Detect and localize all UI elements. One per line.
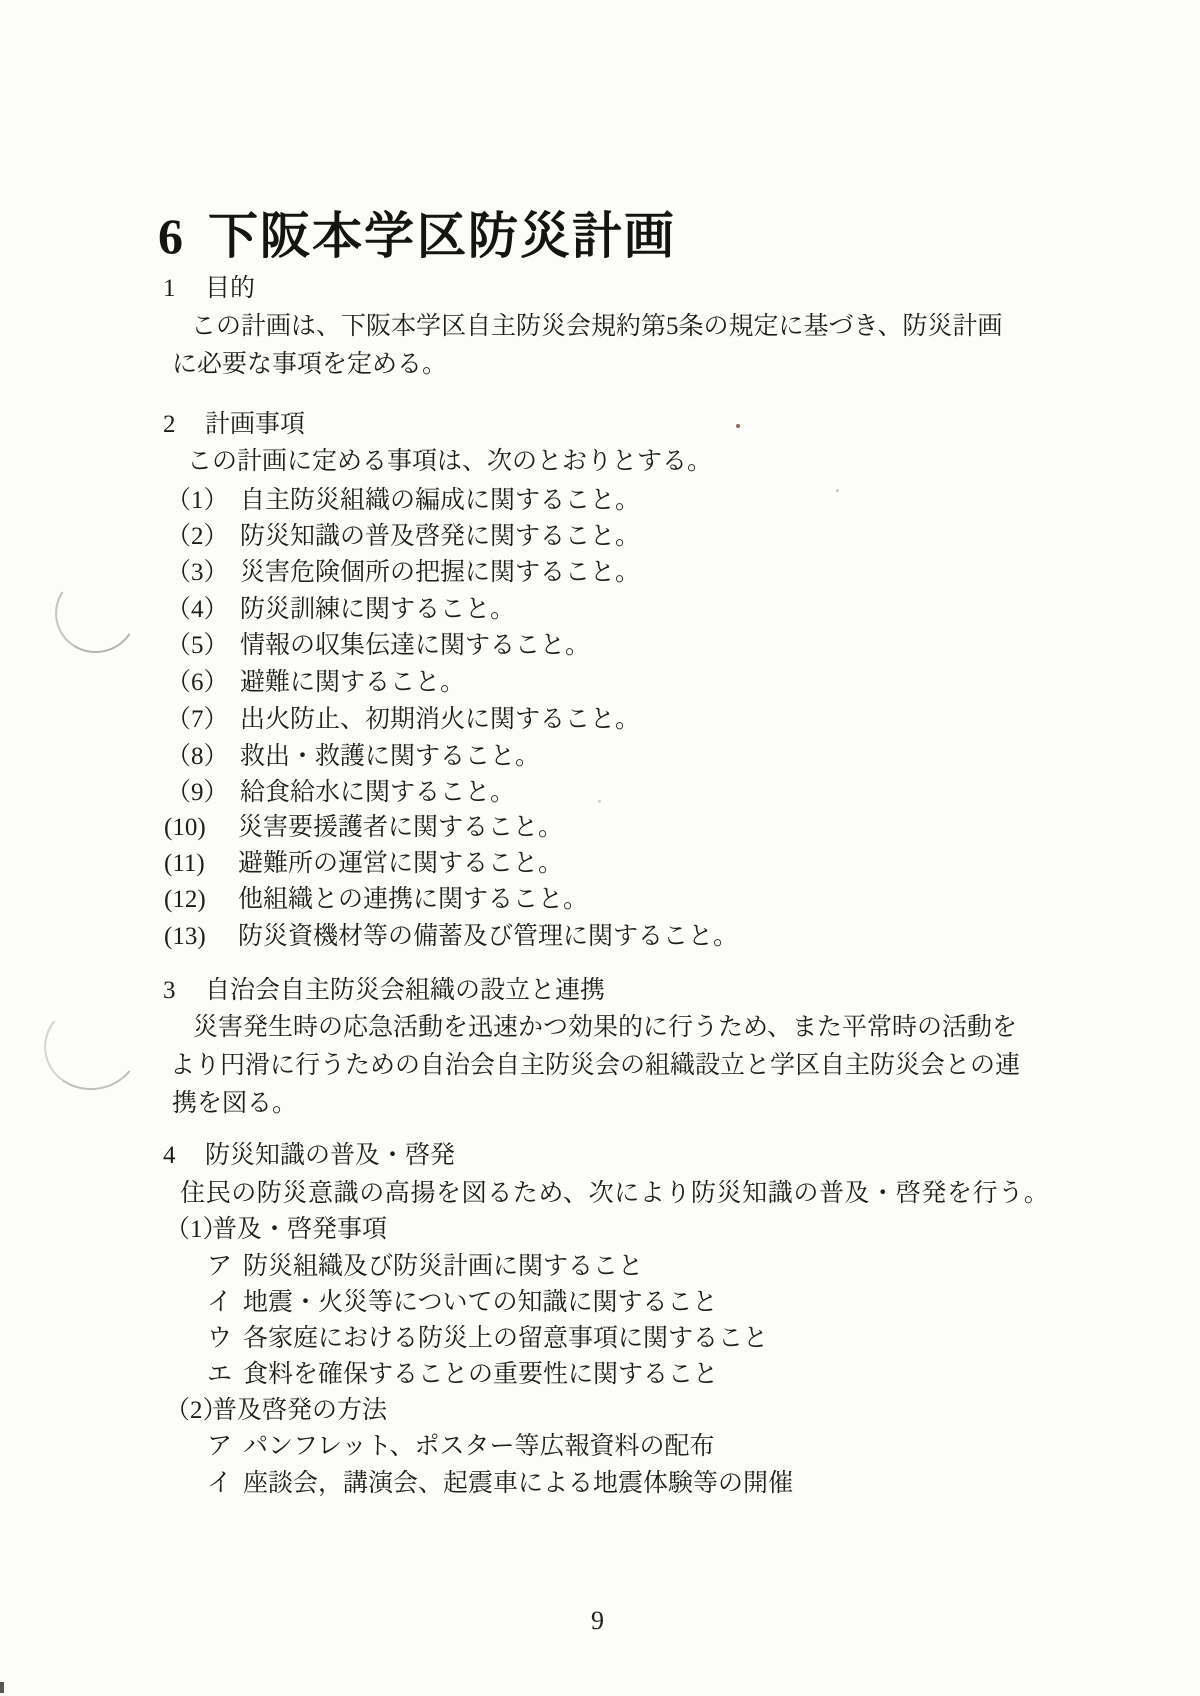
chapter-title-text: 下阪本学区防災計画 [208, 206, 676, 266]
list-item-label: (11) [164, 849, 238, 879]
section-2-intro: この計画に定める事項は、次のとおりとする。 [187, 447, 712, 477]
section-3-number: 3 [163, 976, 205, 1006]
sub-item-label: イ [207, 1469, 243, 1499]
section-3-body-line: より円滑に行うための自治会自主防災会の組織設立と学区自主防災会との連 [170, 1051, 1020, 1081]
list-item: （5）情報の収集伝達に関すること。 [166, 631, 590, 661]
section-4-title: 防災知識の普及・啓発 [205, 1142, 455, 1169]
list-item-label: （5） [166, 631, 240, 661]
page-number: 9 [591, 1606, 604, 1636]
sub-item: アパンフレット、ポスター等広報資料の配布 [207, 1432, 715, 1462]
list-item-label: (10) [164, 813, 238, 843]
sub-item-label: エ [207, 1360, 243, 1390]
subsection-label: （1） [165, 1215, 212, 1245]
sub-item-label: ウ [207, 1324, 243, 1354]
section-4-heading: 4防災知識の普及・啓発 [163, 1141, 455, 1171]
section-2-heading: 2計画事項 [163, 410, 305, 440]
list-item-text: 防災資機材等の備蓄及び管理に関すること。 [238, 923, 738, 950]
scan-artifact-speck [598, 800, 601, 803]
section-3-body-line: 災害発生時の応急活動を迅速かつ効果的に行うため、また平常時の活動を [193, 1013, 1017, 1043]
list-item-label: （2） [166, 522, 240, 552]
sub-item-text: 防災組織及び防災計画に関すること [243, 1253, 643, 1280]
list-item-text: 自主防災組織の編成に関すること。 [240, 487, 640, 514]
sub-item-text: パンフレット、ポスター等広報資料の配布 [243, 1433, 715, 1460]
sub-item: イ座談会，講演会、起震車による地震体験等の開催 [207, 1469, 793, 1499]
scan-artifact-crescent [38, 996, 145, 1097]
subsection-title: 普及啓発の方法 [212, 1397, 387, 1424]
list-item-text: 防災訓練に関すること。 [240, 596, 515, 623]
list-item: (11)避難所の運営に関すること。 [164, 849, 563, 879]
section-1-body-line: この計画は、下阪本学区自主防災会規約第5条の規定に基づき、防災計画 [191, 312, 1003, 342]
section-3-title: 自治会自主防災会組織の設立と連携 [205, 977, 605, 1004]
list-item-text: 災害要援護者に関すること。 [238, 814, 563, 841]
list-item: (10)災害要援護者に関すること。 [164, 813, 563, 843]
list-item-text: 防災知識の普及啓発に関すること。 [240, 523, 640, 550]
list-item: （3）災害危険個所の把握に関すること。 [166, 558, 640, 588]
list-item-label: （9） [166, 778, 240, 808]
sub-item-label: イ [207, 1288, 243, 1318]
list-item-label: （1） [166, 486, 240, 516]
section-3-heading: 3自治会自主防災会組織の設立と連携 [163, 976, 605, 1006]
list-item: （1）自主防災組織の編成に関すること。 [166, 486, 640, 516]
list-item-label: (13) [164, 922, 238, 952]
list-item-text: 避難所の運営に関すること。 [238, 850, 563, 877]
scan-artifact-edge-mark [0, 1682, 4, 1693]
section-3-body-line: 携を図る。 [172, 1089, 297, 1119]
subsection-heading: （2）普及啓発の方法 [165, 1396, 387, 1426]
list-item-label: （3） [166, 558, 240, 588]
scan-artifact-speck [836, 489, 839, 492]
sub-item: ウ各家庭における防災上の留意事項に関すること [207, 1324, 768, 1354]
list-item: （8）救出・救護に関すること。 [166, 742, 540, 772]
scan-artifact-crescent [48, 565, 145, 660]
list-item-label: （8） [166, 742, 240, 772]
list-item: （4）防災訓練に関すること。 [166, 595, 515, 625]
sub-item: イ地震・火災等についての知識に関すること [207, 1288, 718, 1318]
subsection-heading: （1）普及・啓発事項 [165, 1215, 387, 1245]
list-item: （6）避難に関すること。 [166, 668, 465, 698]
subsection-label: （2） [165, 1396, 212, 1426]
list-item: （9）給食給水に関すること。 [166, 778, 515, 808]
list-item-text: 情報の収集伝達に関すること。 [240, 632, 590, 659]
section-1-heading: 1目的 [163, 274, 255, 304]
sub-item-text: 座談会，講演会、起震車による地震体験等の開催 [243, 1470, 793, 1497]
list-item-text: 他組織との連携に関すること。 [238, 886, 588, 913]
list-item-text: 出火防止、初期消火に関すること。 [240, 706, 640, 733]
sub-item-text: 食料を確保することの重要性に関すること [243, 1361, 718, 1388]
scanned-document-page: 6下阪本学区防災計画 1目的 この計画は、下阪本学区自主防災会規約第5条の規定に… [0, 0, 1200, 1696]
chapter-title: 6下阪本学区防災計画 [158, 206, 676, 266]
list-item-label: （4） [166, 595, 240, 625]
section-1-body-line: に必要な事項を定める。 [172, 350, 447, 380]
list-item: （7）出火防止、初期消火に関すること。 [166, 705, 640, 735]
list-item-text: 避難に関すること。 [240, 669, 465, 696]
list-item-label: （6） [166, 668, 240, 698]
subsection-title: 普及・啓発事項 [212, 1216, 387, 1243]
section-1-number: 1 [163, 274, 205, 304]
list-item-text: 給食給水に関すること。 [240, 779, 515, 806]
section-4-number: 4 [163, 1141, 205, 1171]
section-2-number: 2 [163, 410, 205, 440]
sub-item-label: ア [207, 1432, 243, 1462]
section-4-intro: 住民の防災意識の高揚を図るため、次により防災知識の普及・啓発を行う。 [180, 1179, 1049, 1209]
list-item-label: (12) [164, 885, 238, 915]
list-item: （2）防災知識の普及啓発に関すること。 [166, 522, 640, 552]
sub-item: ア防災組織及び防災計画に関すること [207, 1252, 643, 1282]
chapter-number: 6 [158, 206, 184, 266]
list-item-text: 救出・救護に関すること。 [240, 743, 540, 770]
sub-item-text: 各家庭における防災上の留意事項に関すること [243, 1325, 768, 1352]
list-item-text: 災害危険個所の把握に関すること。 [240, 559, 640, 586]
section-1-title: 目的 [205, 275, 255, 302]
sub-item-label: ア [207, 1252, 243, 1282]
sub-item: エ食料を確保することの重要性に関すること [207, 1360, 718, 1390]
sub-item-text: 地震・火災等についての知識に関すること [243, 1289, 718, 1316]
scan-artifact-speck [736, 424, 740, 428]
section-2-title: 計画事項 [205, 411, 305, 438]
list-item-label: （7） [166, 705, 240, 735]
list-item: (13)防災資機材等の備蓄及び管理に関すること。 [164, 922, 738, 952]
list-item: (12)他組織との連携に関すること。 [164, 885, 588, 915]
